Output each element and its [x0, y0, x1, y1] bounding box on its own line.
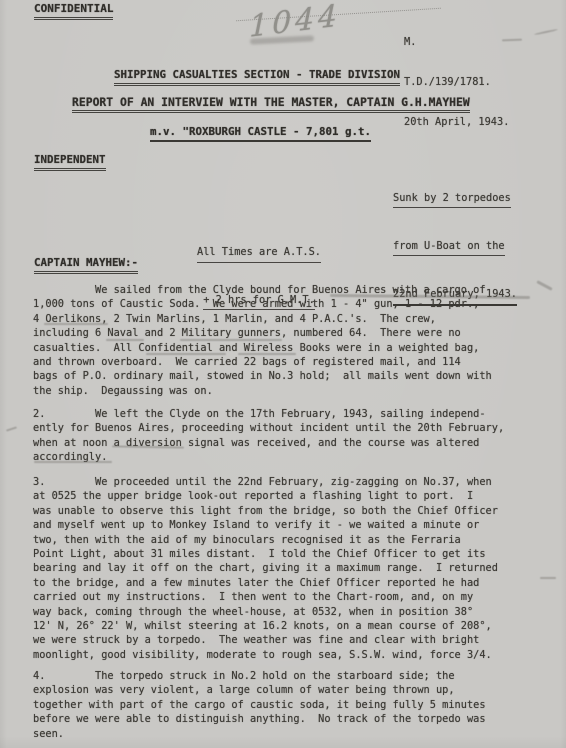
reference-initial: M.: [404, 36, 509, 49]
pencil-underline: [180, 339, 282, 341]
document-page: CONFIDENTIAL 1044 M. T.D./139/1781. 20th…: [0, 0, 566, 748]
pencil-underline: [106, 339, 144, 341]
routing-label: INDEPENDENT: [34, 153, 106, 171]
pencil-tick: [536, 280, 552, 291]
reference-number: T.D./139/1781.: [404, 76, 509, 89]
pencil-underline: [146, 353, 226, 355]
paragraph-2: 2. We left the Clyde on the 17th Februar…: [33, 407, 504, 465]
pencil-underline: [44, 323, 108, 325]
reference-block: M. T.D./139/1781. 20th April, 1943.: [404, 10, 509, 155]
pencil-dash: [534, 29, 558, 36]
paragraph-3: 3. We proceeded until the 22nd February,…: [33, 475, 498, 662]
pencil-underline: [34, 461, 112, 463]
section-title: SHIPPING CASUALTIES SECTION - TRADE DIVI…: [114, 68, 400, 86]
vessel-title: m.v. "ROXBURGH CASTLE - 7,801 g.t.: [150, 125, 371, 142]
times-note-line: All Times are A.T.S.: [197, 245, 321, 262]
pencil-tick: [6, 426, 17, 431]
report-title: REPORT OF AN INTERVIEW WITH THE MASTER, …: [72, 95, 470, 113]
fate-note-line: Sunk by 2 torpedoes: [393, 191, 511, 208]
pencil-dash: [540, 577, 556, 579]
interviewee-heading: CAPTAIN MAYHEW:-: [34, 256, 138, 274]
paragraph-4: 4. The torpedo struck in No.2 hold on th…: [33, 669, 486, 741]
classification-stamp: CONFIDENTIAL: [34, 2, 113, 20]
pencil-underline: [238, 353, 296, 355]
fate-note-line: from U-Boat on the: [393, 239, 505, 256]
document-date: 20th April, 1943.: [404, 116, 509, 129]
